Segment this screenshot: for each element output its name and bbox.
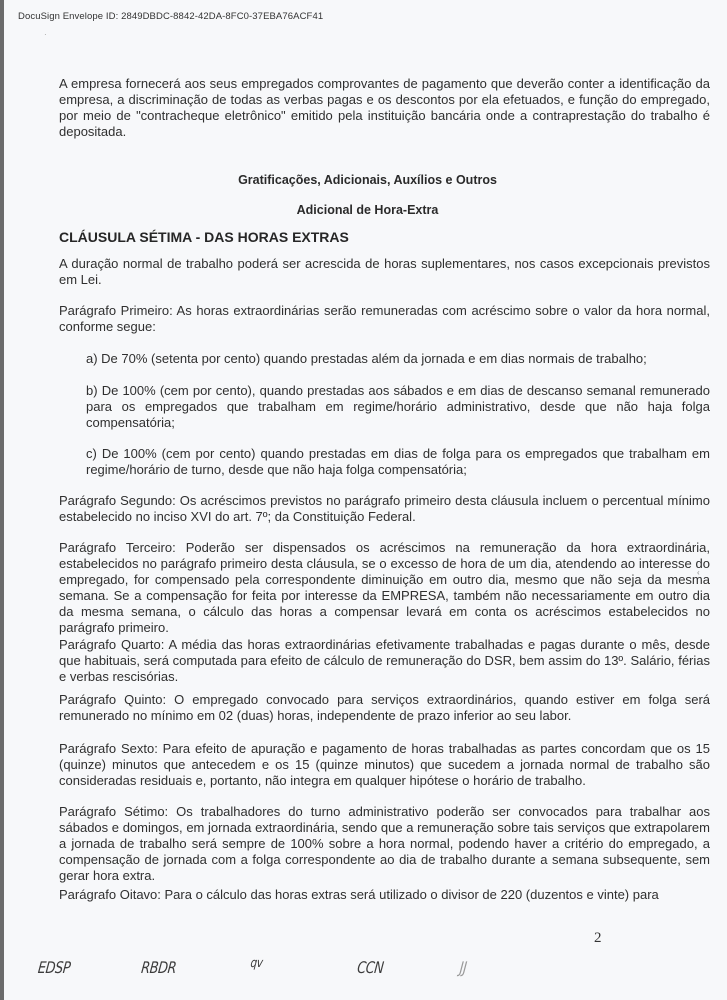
subsection-heading: Adicional de Hora-Extra (4, 203, 727, 217)
paragraph-terceiro: Parágrafo Terceiro: Poderão ser dispensa… (59, 540, 710, 636)
page-number: 2 (594, 930, 602, 947)
paragraph-quarto: Parágrafo Quarto: A média das horas extr… (59, 637, 710, 685)
paragraph-oitavo: Parágrafo Oitavo: Para o cálculo das hor… (59, 887, 710, 903)
document-page: DocuSign Envelope ID: 2849DBDC-8842-42DA… (0, 0, 727, 1000)
initials-signature-4: CCN (356, 958, 384, 977)
section-heading: Gratificações, Adicionais, Auxílios e Ou… (4, 173, 727, 187)
item-b: b) De 100% (cem por cento), quando prest… (86, 383, 710, 431)
docusign-envelope-id: DocuSign Envelope ID: 2849DBDC-8842-42DA… (18, 11, 323, 22)
scan-speck: · (44, 30, 47, 39)
initials-signature-5: JJ (459, 958, 468, 977)
paragraph-setimo: Parágrafo Sétimo: Os trabalhadores do tu… (59, 804, 710, 884)
initials-signature-3: qv (250, 956, 264, 971)
item-c: c) De 100% (cem por cento) quando presta… (86, 446, 710, 478)
paragraph-sexto: Parágrafo Sexto: Para efeito de apuração… (59, 741, 710, 789)
paragraph-quinto: Parágrafo Quinto: O empregado convocado … (59, 692, 710, 724)
clause-intro: A duração normal de trabalho poderá ser … (59, 256, 710, 288)
initials-signature-2: RBDR (140, 958, 177, 977)
clause-title: CLÁUSULA SÉTIMA - DAS HORAS EXTRAS (59, 229, 349, 245)
paragraph-primeiro: Parágrafo Primeiro: As horas extraordiná… (59, 303, 710, 335)
initials-signature-1: EDSP (37, 958, 71, 977)
scan-mark: ‹ (697, 568, 700, 577)
paragraph-segundo: Parágrafo Segundo: Os acréscimos previst… (59, 493, 710, 525)
item-a: a) De 70% (setenta por cento) quando pre… (86, 351, 710, 367)
intro-paragraph: A empresa fornecerá aos seus empregados … (59, 76, 710, 140)
